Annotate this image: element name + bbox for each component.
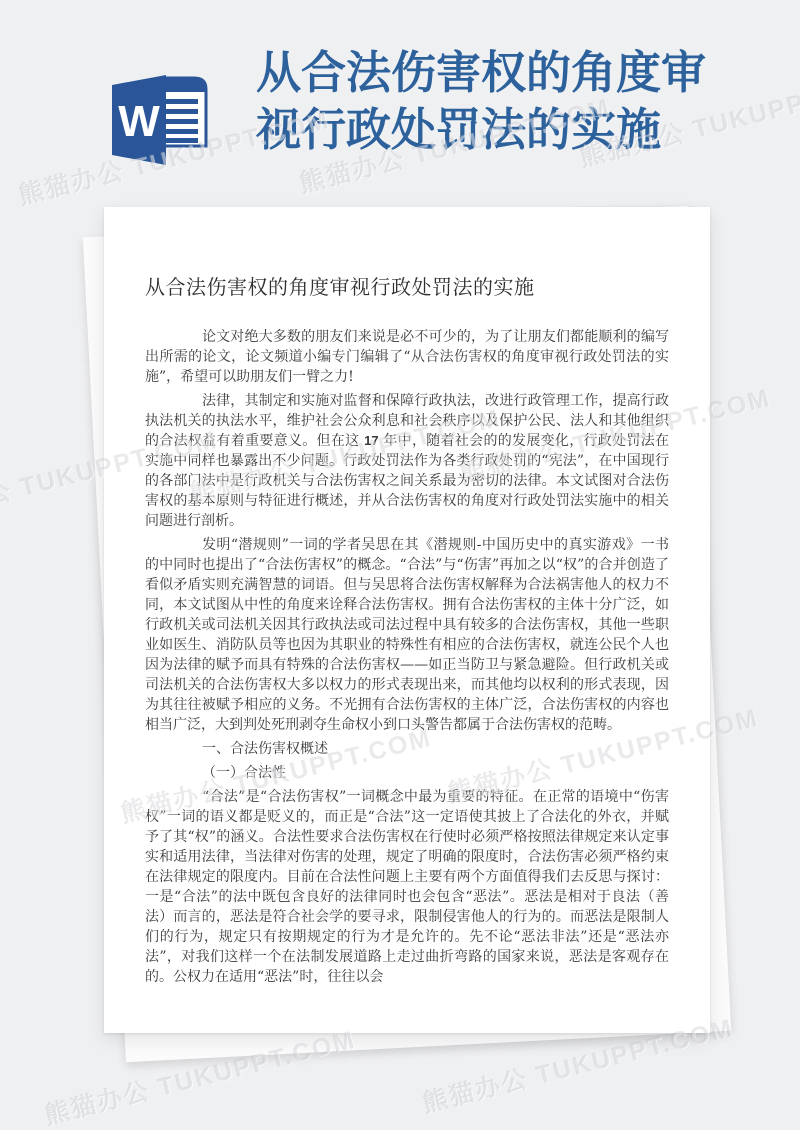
word-icon-letter: W — [118, 97, 160, 146]
years-number: 17 — [364, 433, 378, 448]
preview-main-title: 从合法伤害权的角度审 视行政处罚法的实施 — [256, 44, 736, 158]
word-icon-sheet-band — [164, 77, 206, 92]
document-body: 论文对绝大多数的朋友们来说是必不可少的，为了让朋友们都能顺利的编写出所需的论文，… — [145, 327, 669, 987]
paragraph-concept-origin: 发明“潜规则”一词的学者吴思在其《潜规则-中国历史中的真实游戏》一书的中同时也提… — [145, 535, 669, 735]
paragraph-intro: 论文对绝大多数的朋友们来说是必不可少的，为了让朋友们都能顺利的编写出所需的论文，… — [145, 327, 669, 387]
paragraph-legality: “合法”是“合法伤害权”一词概念中最为重要的特征。在正常的语境中“伤害权”一词的… — [145, 787, 669, 987]
paragraph-law-background: 法律，其制定和实施对监督和保障行政执法，改进行政管理工作，提高行政执法机关的执法… — [145, 391, 669, 531]
section-heading-1: 一、合法伤害权概述 — [145, 739, 669, 759]
document-page: 从合法伤害权的角度审视行政处罚法的实施 论文对绝大多数的朋友们来说是必不可少的，… — [104, 207, 710, 1033]
word-file-icon: W — [108, 72, 212, 168]
document-title: 从合法伤害权的角度审视行政处罚法的实施 — [145, 273, 669, 301]
document-preview-screenshot: { "header": { "title_line1": "从合法伤害权的角度审… — [0, 0, 800, 1130]
preview-main-title-line2: 视行政处罚法的实施 — [256, 101, 736, 158]
section-heading-1-1: （一）合法性 — [145, 763, 669, 783]
preview-main-title-line1: 从合法伤害权的角度审 — [256, 44, 736, 101]
document-page-content: 从合法伤害权的角度审视行政处罚法的实施 论文对绝大多数的朋友们来说是必不可少的，… — [104, 207, 710, 987]
